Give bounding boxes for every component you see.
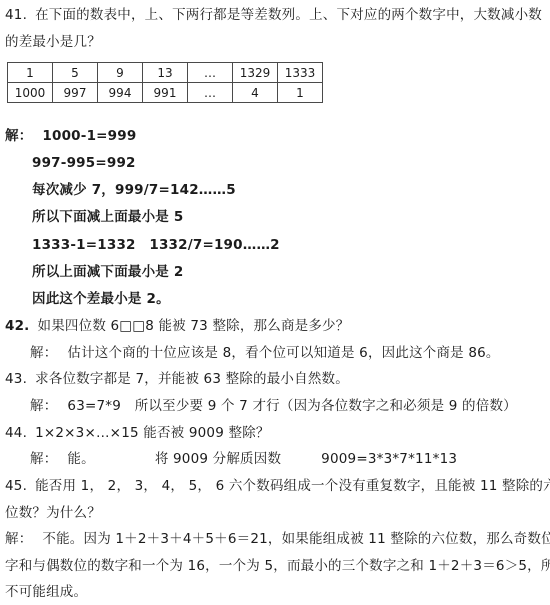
solution-text: 将 9009 分解质因数 bbox=[155, 451, 281, 467]
problem-41-solution-line-3: 每次减少 7，999/7=142……5 bbox=[32, 182, 236, 198]
problem-42-question-line: 42.如果四位数 6□□8 能被 73 整除，那么商是多少？ bbox=[5, 318, 349, 334]
table-cell: 1 bbox=[8, 63, 53, 83]
solution-text: 不可能组成。 bbox=[5, 584, 87, 600]
problem-44-question-line: 44.1×2×3×…×15 能否被 9009 整除？ bbox=[5, 425, 270, 441]
solution-text: 所以上面减下面最小是 2 bbox=[32, 264, 184, 280]
solution-label: 解： bbox=[5, 531, 32, 547]
table-row: 1000 997 994 991 … 4 1 bbox=[8, 83, 323, 103]
solution-text: 不能。因为 1＋2＋3＋4＋5＋6＝21，如果能组成被 11 整除的六位数，那么… bbox=[42, 531, 550, 547]
table-cell-ellipsis: … bbox=[188, 83, 233, 103]
document-page: 41.在下面的数表中，上、下两行都是等差数列。上、下对应的两个数字中，大数减小数… bbox=[0, 0, 550, 605]
problem-41-question-line-1: 41.在下面的数表中，上、下两行都是等差数列。上、下对应的两个数字中，大数减小数 bbox=[5, 7, 542, 23]
problem-44-number: 44. bbox=[5, 425, 27, 441]
solution-text: 997-995=992 bbox=[32, 155, 136, 171]
solution-label: 解： bbox=[30, 398, 57, 414]
table-cell: 997 bbox=[53, 83, 98, 103]
problem-45-solution-line-2: 字和与偶数位的数字和一个为 16，一个为 5，而最小的三个数字之和 1＋2＋3＝… bbox=[5, 558, 550, 574]
problem-44-question-text: 1×2×3×…×15 能否被 9009 整除？ bbox=[35, 425, 270, 441]
problem-41-question-text-2: 的差最小是几？ bbox=[5, 34, 101, 50]
problem-45-solution-line-3: 不可能组成。 bbox=[5, 584, 87, 600]
problem-42-solution-line: 解：估计这个商的十位应该是 8，看个位可以知道是 6，因此这个商是 86。 bbox=[30, 345, 500, 361]
problem-44-solution-line: 解：能。将 9009 分解质因数9009=3*3*7*11*13 bbox=[30, 451, 457, 467]
problem-45-question-text-1: 能否用 1， 2， 3， 4， 5， 6 六个数码组成一个没有重复数字，且能被 … bbox=[35, 478, 550, 494]
solution-label: 解： bbox=[30, 345, 57, 361]
table-cell: 994 bbox=[98, 83, 143, 103]
problem-41-question-text-1: 在下面的数表中，上、下两行都是等差数列。上、下对应的两个数字中，大数减小数 bbox=[35, 7, 542, 23]
table-cell: 9 bbox=[98, 63, 143, 83]
table-cell: 4 bbox=[233, 83, 278, 103]
solution-text: 字和与偶数位的数字和一个为 16，一个为 5，而最小的三个数字之和 1＋2＋3＝… bbox=[5, 558, 550, 574]
problem-43-solution-line: 解：63=7*9 所以至少要 9 个 7 才行（因为各位数字之和必须是 9 的倍… bbox=[30, 398, 517, 414]
problem-45-solution-line-1: 解：不能。因为 1＋2＋3＋4＋5＋6＝21，如果能组成被 11 整除的六位数，… bbox=[5, 531, 550, 547]
solution-text: 1333-1=1332 1332/7=190……2 bbox=[32, 237, 280, 253]
sequence-table: 1 5 9 13 … 1329 1333 1000 997 994 991 … … bbox=[7, 62, 323, 103]
problem-45-question-line-2: 位数？为什么？ bbox=[5, 505, 101, 521]
problem-43-question-line: 43.求各位数字都是 7，并能被 63 整除的最小自然数。 bbox=[5, 371, 349, 387]
problem-41-solution-line-7: 因此这个差最小是 2。 bbox=[32, 291, 170, 307]
table-cell: 13 bbox=[143, 63, 188, 83]
table-cell: 1329 bbox=[233, 63, 278, 83]
solution-text: 9009=3*3*7*11*13 bbox=[321, 451, 457, 467]
table-cell: 1000 bbox=[8, 83, 53, 103]
solution-text: 每次减少 7，999/7=142……5 bbox=[32, 182, 236, 198]
problem-41-solution-line-1: 解：1000-1=999 bbox=[5, 128, 136, 144]
problem-43-number: 43. bbox=[5, 371, 27, 387]
solution-label: 解： bbox=[30, 451, 57, 467]
problem-41-solution-line-4: 所以下面减上面最小是 5 bbox=[32, 209, 184, 225]
table-cell: 1333 bbox=[278, 63, 323, 83]
solution-text: 能。 bbox=[67, 451, 94, 467]
problem-41-solution-line-5: 1333-1=1332 1332/7=190……2 bbox=[32, 237, 280, 253]
problem-45-question-line-1: 45.能否用 1， 2， 3， 4， 5， 6 六个数码组成一个没有重复数字，且… bbox=[5, 478, 550, 494]
table-row: 1 5 9 13 … 1329 1333 bbox=[8, 63, 323, 83]
problem-42-question-text: 如果四位数 6□□8 能被 73 整除，那么商是多少？ bbox=[38, 318, 350, 334]
solution-text: 1000-1=999 bbox=[42, 128, 136, 144]
problem-43-question-text: 求各位数字都是 7，并能被 63 整除的最小自然数。 bbox=[35, 371, 349, 387]
problem-45-number: 45. bbox=[5, 478, 27, 494]
solution-text: 所以下面减上面最小是 5 bbox=[32, 209, 184, 225]
solution-text: 63=7*9 所以至少要 9 个 7 才行（因为各位数字之和必须是 9 的倍数） bbox=[67, 398, 516, 414]
problem-42-number: 42. bbox=[5, 318, 30, 334]
table-cell: 5 bbox=[53, 63, 98, 83]
solution-text: 因此这个差最小是 2。 bbox=[32, 291, 170, 307]
table-cell: 991 bbox=[143, 83, 188, 103]
problem-41-question-line-2: 的差最小是几？ bbox=[5, 34, 101, 50]
problem-41-solution-line-2: 997-995=992 bbox=[32, 155, 136, 171]
solution-label: 解： bbox=[5, 128, 32, 144]
table-cell-ellipsis: … bbox=[188, 63, 233, 83]
table-cell: 1 bbox=[278, 83, 323, 103]
solution-text: 估计这个商的十位应该是 8，看个位可以知道是 6，因此这个商是 86。 bbox=[67, 345, 499, 361]
problem-45-question-text-2: 位数？为什么？ bbox=[5, 505, 101, 521]
problem-41-number: 41. bbox=[5, 7, 27, 23]
problem-41-solution-line-6: 所以上面减下面最小是 2 bbox=[32, 264, 184, 280]
